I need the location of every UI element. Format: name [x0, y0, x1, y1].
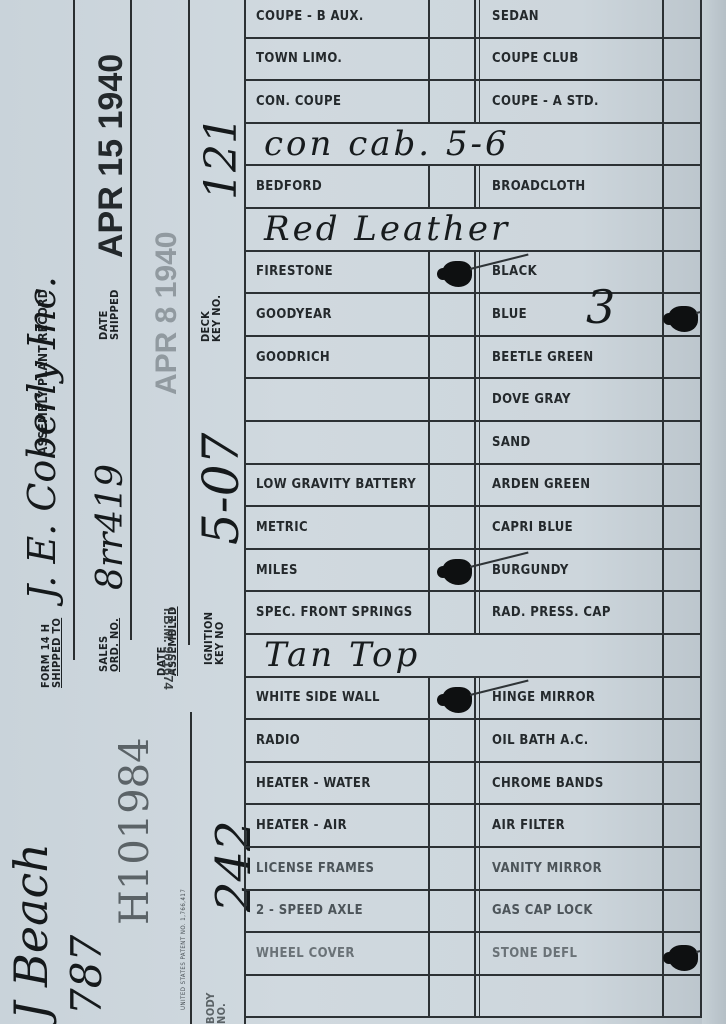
left-option-label: WHITE SIDE WALL [256, 690, 380, 705]
left-option-mark[interactable] [430, 720, 476, 761]
left-option-cell: SPEC. FRONT SPRINGS [246, 592, 430, 633]
key-no-label: KEY NO [214, 612, 225, 665]
right-option-mark[interactable] [664, 550, 702, 591]
right-option-mark[interactable] [664, 678, 702, 719]
right-option-label: GAS CAP LOCK [492, 903, 593, 918]
right-option-label: COUPE CLUB [492, 51, 579, 66]
left-option-cell: LICENSE FRAMES [246, 848, 430, 889]
left-option-label: FIRESTONE [256, 264, 333, 279]
right-option-label: BEETLE GREEN [492, 350, 594, 365]
right-option-cell: AIR FILTER [480, 805, 664, 846]
left-option-cell: LOW GRAVITY BATTERY [246, 465, 430, 506]
right-option-mark[interactable] [664, 81, 702, 122]
left-option-cell [246, 379, 430, 420]
key-no-label: KEY NO. [211, 295, 222, 342]
right-option-label: OIL BATH A.C. [492, 733, 589, 748]
handwritten-note: Tan Top [264, 635, 420, 675]
left-option-cell: METRIC [246, 507, 430, 548]
left-option-cell: GOODRICH [246, 337, 430, 378]
no-label: NO. [216, 992, 227, 1024]
left-option-label: HEATER - AIR [256, 818, 347, 833]
right-option-mark[interactable] [664, 507, 702, 548]
left-option-label: GOODRICH [256, 350, 330, 365]
option-row: LOW GRAVITY BATTERYARDEN GREEN [246, 465, 702, 508]
option-row: HEATER - WATERCHROME BANDS [246, 763, 702, 806]
left-option-cell: WHEEL COVER [246, 933, 430, 974]
option-row: GOODRICHBEETLE GREEN [246, 337, 702, 380]
right-option-mark[interactable] [664, 252, 702, 293]
option-row: RADIOOIL BATH A.C. [246, 720, 702, 763]
sales-order-label: SALES ORD. NO. [98, 618, 120, 672]
right-option-cell: COUPE - A STD. [480, 81, 664, 122]
handwritten-cell: Tan Top [246, 635, 664, 676]
right-option-cell: RAD. PRESS. CAP [480, 592, 664, 633]
left-option-cell: TOWN LIMO. [246, 39, 430, 80]
left-option-label: TOWN LIMO. [256, 51, 342, 66]
left-option-mark[interactable] [430, 0, 476, 37]
left-option-mark[interactable] [430, 294, 476, 335]
right-option-label: BURGUNDY [492, 563, 569, 578]
right-option-mark[interactable] [664, 0, 702, 37]
left-option-label: HEATER - WATER [256, 776, 371, 791]
left-option-cell: 2 - SPEED AXLE [246, 891, 430, 932]
left-option-mark[interactable] [430, 81, 476, 122]
right-option-label: DOVE GRAY [492, 392, 571, 407]
right-option-mark[interactable] [664, 891, 702, 932]
option-row [246, 976, 702, 1019]
form-number-label: FORM 14 H SHIPPED TO [40, 618, 62, 688]
field-rule-shipped-to [73, 0, 75, 660]
option-row: CON. COUPECOUPE - A STD. [246, 81, 702, 124]
right-option-cell: CAPRI BLUE [480, 507, 664, 548]
right-option-label: CAPRI BLUE [492, 520, 573, 535]
left-option-mark[interactable] [430, 933, 476, 974]
option-row: WHEEL COVERSTONE DEFL [246, 933, 702, 976]
left-option-cell: RADIO [246, 720, 430, 761]
handwritten-row: Red Leather [246, 209, 702, 252]
right-option-mark[interactable] [664, 166, 702, 207]
option-row: SPEC. FRONT SPRINGSRAD. PRESS. CAP [246, 592, 702, 635]
right-option-mark[interactable] [664, 848, 702, 889]
option-row: 2 - SPEED AXLEGAS CAP LOCK [246, 891, 702, 934]
punch-hole-icon [442, 559, 472, 585]
left-option-mark[interactable] [430, 166, 476, 207]
right-option-mark[interactable] [664, 465, 702, 506]
right-option-label: SAND [492, 435, 531, 450]
right-option-label: BLACK [492, 264, 537, 279]
field-rule-deck-key [188, 0, 190, 645]
left-option-mark[interactable] [430, 39, 476, 80]
right-option-cell: BEETLE GREEN [480, 337, 664, 378]
punch-hole-icon [668, 945, 698, 971]
right-option-cell: STONE DEFL [480, 933, 664, 974]
left-option-label: CON. COUPE [256, 94, 341, 109]
right-option-mark[interactable] [664, 976, 702, 1017]
option-row: LICENSE FRAMESVANITY MIRROR [246, 848, 702, 891]
left-option-cell: BEDFORD [246, 166, 430, 207]
right-option-mark[interactable] [664, 39, 702, 80]
right-option-label: CHROME BANDS [492, 776, 604, 791]
punch-hole-icon [668, 306, 698, 332]
right-option-label: HINGE MIRROR [492, 690, 595, 705]
left-option-cell: HEATER - WATER [246, 763, 430, 804]
right-option-cell: OIL BATH A.C. [480, 720, 664, 761]
right-option-mark[interactable] [664, 763, 702, 804]
right-option-cell: ARDEN GREEN [480, 465, 664, 506]
ignition-key-value: 5-07 [192, 433, 250, 545]
left-option-mark[interactable] [430, 891, 476, 932]
right-option-cell: DOVE GRAY [480, 379, 664, 420]
date-assembled-stamp: APR 8 1940 [150, 232, 184, 395]
assembly-plant-record-card: ASSEMBLY PLANT RECORD FORM 14 H SHIPPED … [0, 0, 726, 1024]
sales-order-value: 8rr419 [90, 464, 131, 590]
option-row: DOVE GRAY [246, 379, 702, 422]
shipped-label: SHIPPED [109, 289, 120, 340]
option-row: TOWN LIMO.COUPE CLUB [246, 39, 702, 82]
left-option-cell: FIRESTONE [246, 252, 430, 293]
option-row: FIRESTONEBLACK [246, 252, 702, 295]
right-option-label: ARDEN GREEN [492, 477, 590, 492]
dealer-note: J Beach [4, 843, 58, 1020]
option-row: COUPE - B AUX.SEDAN [246, 0, 702, 39]
right-option-mark[interactable] [664, 805, 702, 846]
right-option-cell: BROADCLOTH [480, 166, 664, 207]
shipped-to-label: SHIPPED TO [51, 618, 62, 688]
option-row: MILESBURGUNDY [246, 550, 702, 593]
left-option-label: COUPE - B AUX. [256, 9, 364, 24]
left-option-cell: WHITE SIDE WALL [246, 678, 430, 719]
ignition-key-label: IGNITION KEY NO [203, 612, 225, 665]
left-option-mark[interactable] [430, 379, 476, 420]
right-option-label: RAD. PRESS. CAP [492, 605, 611, 620]
date-shipped-label: DATE SHIPPED [98, 289, 120, 340]
right-option-mark[interactable] [664, 379, 702, 420]
left-option-mark[interactable] [430, 337, 476, 378]
right-option-cell: CHROME BANDS [480, 763, 664, 804]
right-option-mark[interactable] [664, 422, 702, 463]
handwritten-mark: 3 [586, 280, 615, 334]
serial-stamp: H101984 [112, 737, 158, 925]
option-grid: COUPE - B AUX.SEDANTOWN LIMO.COUPE CLUBC… [246, 0, 702, 1024]
right-option-label: AIR FILTER [492, 818, 565, 833]
left-option-mark[interactable] [430, 763, 476, 804]
punch-hole-icon [442, 261, 472, 287]
field-rule-body [190, 712, 192, 1024]
option-row: SAND [246, 422, 702, 465]
left-option-label: LOW GRAVITY BATTERY [256, 477, 416, 492]
left-option-cell [246, 422, 430, 463]
mark-cell[interactable] [664, 124, 702, 165]
ord-no-label: ORD. NO. [109, 618, 120, 672]
right-option-label: BLUE [492, 307, 527, 322]
handwritten-cell: Red Leather [246, 209, 664, 250]
left-option-label: 2 - SPEED AXLE [256, 903, 363, 918]
right-option-cell: VANITY MIRROR [480, 848, 664, 889]
handwritten-cell: con cab. 5-6 [246, 124, 664, 165]
left-option-label: MILES [256, 563, 298, 578]
right-option-label: COUPE - A STD. [492, 94, 599, 109]
deck-key-label: DECK KEY NO. [200, 295, 222, 342]
ibm-number: I.B.M. 901674 [161, 608, 176, 690]
left-option-mark[interactable] [430, 465, 476, 506]
left-option-label: WHEEL COVER [256, 946, 355, 961]
right-option-cell: SAND [480, 422, 664, 463]
shipped-to-value: J. E. Coberly Inc. [20, 276, 64, 600]
option-row: WHITE SIDE WALLHINGE MIRROR [246, 678, 702, 721]
handwritten-note: Red Leather [264, 209, 510, 249]
right-option-mark[interactable] [664, 592, 702, 633]
handwritten-note: con cab. 5-6 [264, 124, 510, 164]
left-option-mark[interactable] [430, 592, 476, 633]
handwritten-row: con cab. 5-6 [246, 124, 702, 167]
left-option-mark[interactable] [430, 976, 476, 1017]
mark-cell[interactable] [664, 635, 702, 676]
deck-key-value: 121 [196, 116, 247, 200]
right-option-mark[interactable] [664, 720, 702, 761]
right-option-cell: BLUE [480, 294, 664, 335]
mark-cell[interactable] [664, 209, 702, 250]
left-option-label: BEDFORD [256, 179, 322, 194]
left-option-cell: CON. COUPE [246, 81, 430, 122]
left-option-cell [246, 976, 430, 1017]
card-edge [702, 0, 726, 1024]
right-option-label: SEDAN [492, 9, 539, 24]
left-option-mark[interactable] [430, 422, 476, 463]
left-option-label: GOODYEAR [256, 307, 332, 322]
right-option-label: BROADCLOTH [492, 179, 586, 194]
left-option-label: SPEC. FRONT SPRINGS [256, 605, 413, 620]
left-option-cell: COUPE - B AUX. [246, 0, 430, 37]
left-option-cell: MILES [246, 550, 430, 591]
left-option-cell: GOODYEAR [246, 294, 430, 335]
right-option-cell [480, 976, 664, 1017]
left-option-mark[interactable] [430, 507, 476, 548]
right-option-cell: COUPE CLUB [480, 39, 664, 80]
left-option-label: METRIC [256, 520, 308, 535]
left-option-mark[interactable] [430, 848, 476, 889]
left-option-label: LICENSE FRAMES [256, 861, 374, 876]
right-option-cell: SEDAN [480, 0, 664, 37]
right-option-label: STONE DEFL [492, 946, 577, 961]
option-row: GOODYEARBLUE3 [246, 294, 702, 337]
right-option-label: VANITY MIRROR [492, 861, 602, 876]
dealer-code: 787 [62, 935, 111, 1015]
left-option-mark[interactable] [430, 805, 476, 846]
right-option-cell: GAS CAP LOCK [480, 891, 664, 932]
body-no-label: BODY NO. [205, 992, 227, 1024]
option-row: METRICCAPRI BLUE [246, 507, 702, 550]
patent-text: UNITED STATES PATENT NO. 1,766,417 [180, 889, 187, 1010]
handwritten-row: Tan Top [246, 635, 702, 678]
punch-hole-icon [442, 687, 472, 713]
left-option-cell: HEATER - AIR [246, 805, 430, 846]
date-shipped-stamp: APR 15 1940 [92, 54, 131, 258]
option-row: BEDFORDBROADCLOTH [246, 166, 702, 209]
right-option-mark[interactable] [664, 337, 702, 378]
option-row: HEATER - AIRAIR FILTER [246, 805, 702, 848]
left-option-label: RADIO [256, 733, 300, 748]
